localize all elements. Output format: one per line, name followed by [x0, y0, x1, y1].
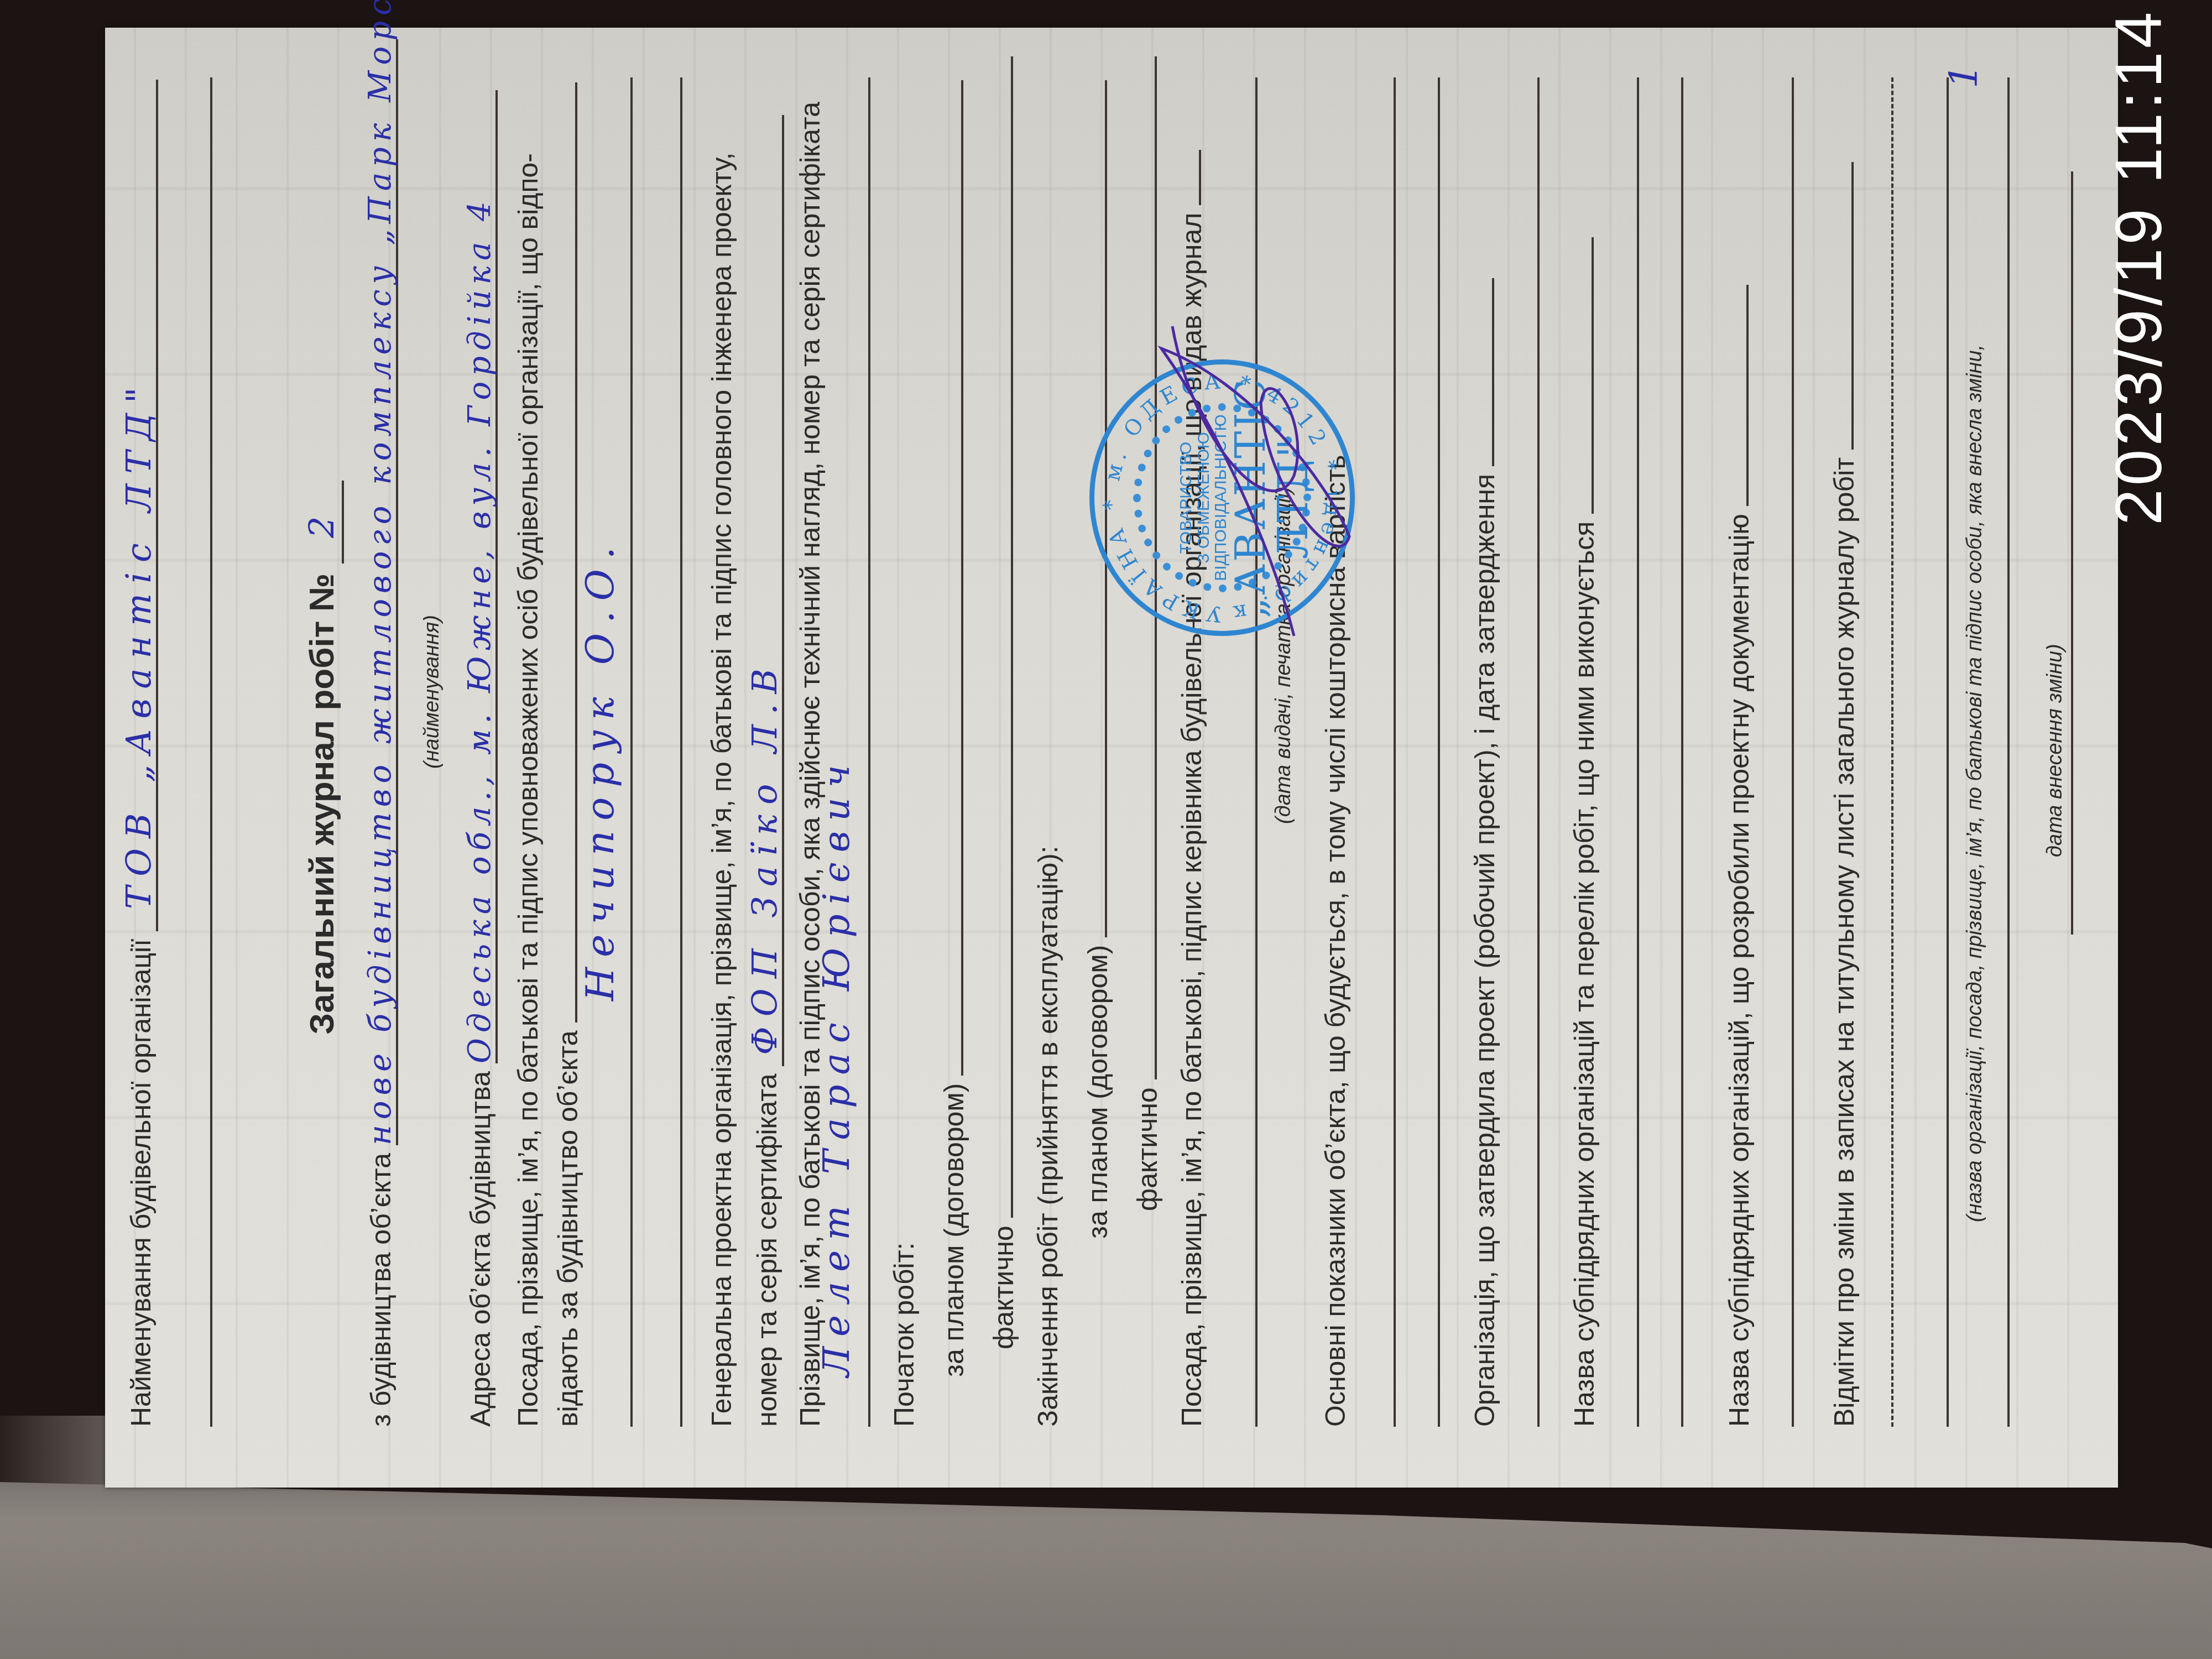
address-row: Адреса об’єкта будівництва Одеська обл.,… [465, 77, 498, 1427]
journal-title: Загальний журнал робіт № 2 [301, 28, 344, 1488]
photo-timestamp: 2023/9/19 11:14 [2101, 9, 2177, 525]
indicators-line-1 [1394, 77, 1396, 1427]
officials-line [630, 77, 633, 1427]
finish-planned-row: за планом (договором) [1084, 77, 1112, 1239]
show-through-grid [105, 28, 2118, 1488]
officials-label-1: Посада, прізвище, ім’я, по батькові та п… [514, 77, 542, 1427]
officials-line-2 [680, 77, 682, 1427]
subcontractors-row: Назва субпідрядних організацій та перелі… [1571, 77, 1598, 1427]
changes-line-4 [2071, 171, 2073, 935]
journal-page: Найменування будівельної організації ТОВ… [105, 28, 2118, 1488]
changes-row: Відмітки про зміни в записах на титульно… [1830, 77, 1858, 1427]
supervision-value: Лелет Тарас Юрієвич [818, 77, 855, 1377]
org-label: Найменування будівельної організації [126, 939, 156, 1427]
sub-designers-line [1792, 77, 1794, 1427]
subcontractors-line-2 [1681, 77, 1683, 1427]
object-label: з будівництва об’єкта [366, 1153, 397, 1427]
issuer-row: Посада, прізвище, ім’я, по батькові, під… [1178, 77, 1206, 1427]
approver-row: Організація, що затвердила проект (робоч… [1471, 77, 1499, 1427]
sub-designers-row: Назва субпідрядних організацій, що розро… [1725, 77, 1753, 1427]
changes-caption: (назва організації, посада, прізвище, ім… [1963, 345, 1987, 1222]
start-actual-row: фактично [990, 77, 1018, 1349]
object-value: нове будівництво житлового комплексу „Па… [365, 39, 398, 1145]
address-label: Адреса об’єкта будівництва [465, 1071, 496, 1427]
indicators-line-2 [1438, 77, 1440, 1427]
subcontractors-line-1 [1637, 77, 1639, 1427]
officials-value: Нечипорук О.О. [581, 77, 619, 1001]
design-org-value: ФОП Заїко Л.В [748, 115, 784, 1066]
changes-line-1 [1891, 77, 1893, 1427]
org-row: Найменування будівельної організації ТОВ… [122, 77, 158, 1427]
object-row: з будівництва об’єкта нове будівництво ж… [365, 77, 398, 1427]
object-caption: (найменування) [420, 615, 444, 769]
start-planned-row: за планом (договором) [940, 77, 968, 1377]
changes-line-2 [1947, 77, 1949, 1427]
address-value: Одеська обл., м. Южне, вул. Гордійка 4 [465, 90, 498, 1063]
org-value: ТОВ „Авантіс ЛТД" [122, 80, 158, 931]
design-org-row: номер та серія сертифіката ФОП Заїко Л.В [748, 77, 784, 1427]
facing-page [0, 1460, 2212, 1659]
journal-number: 2 [301, 481, 344, 564]
indicators-label: Основні показники об’єкта, що будується,… [1322, 77, 1349, 1427]
supervision-line [868, 77, 870, 1427]
signature [1128, 315, 1360, 658]
design-org-label-1: Генеральна проектна організація, прізвищ… [708, 77, 735, 1427]
changes-line-3 [2007, 77, 2010, 1427]
changes-date-caption: дата внесення зміни) [2043, 644, 2067, 857]
finish-label: Закінчення робіт (прийняття в експлуатац… [1034, 77, 1062, 1427]
org-line-2 [210, 77, 212, 1427]
journal-page-content: Найменування будівельної організації ТОВ… [105, 28, 2118, 1488]
approver-line [1537, 77, 1540, 1427]
page-number: 1 [1941, 64, 1986, 88]
start-label: Початок робіт: [890, 77, 918, 1427]
issuer-line [1255, 77, 1258, 1427]
